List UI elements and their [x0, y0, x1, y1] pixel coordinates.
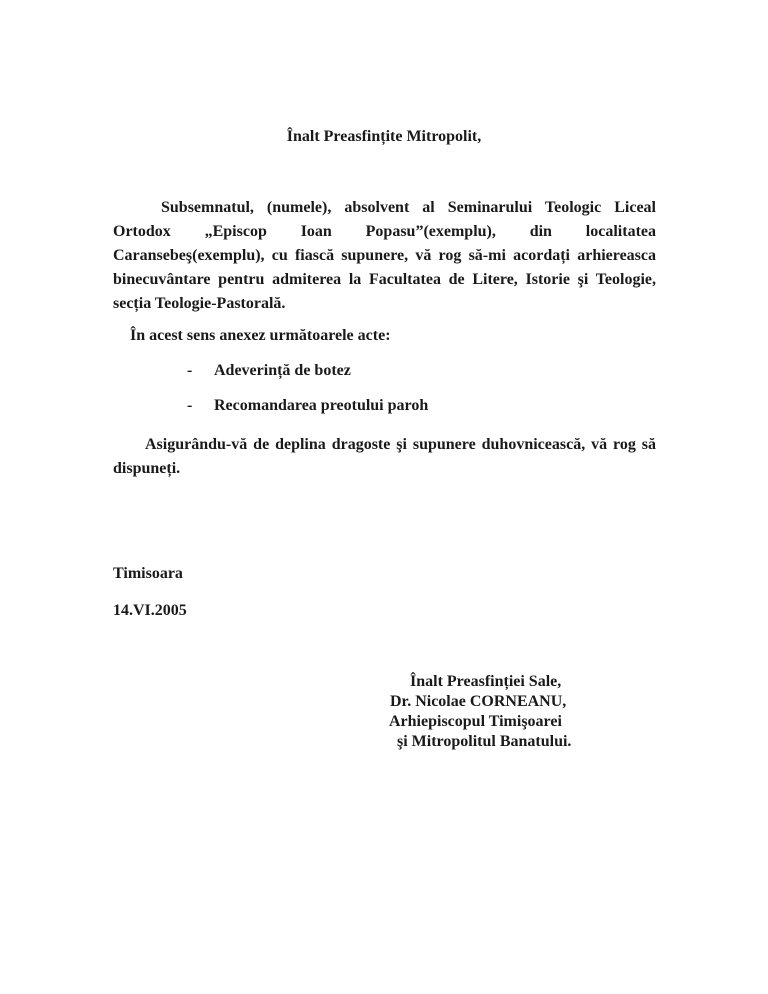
city: Timisoara — [113, 565, 183, 583]
list-dash-marker: - — [187, 362, 214, 380]
paragraph-line: Ortodox „Episcop Ioan Popasu”(exemplu), … — [113, 220, 656, 244]
paragraph-line: secția Teologie-Pastorală. — [113, 292, 656, 316]
document-page: Înalt Preasfințite Mitropolit, Subsemnat… — [0, 0, 768, 994]
request-paragraph: Subsemnatul, (numele), absolvent al Semi… — [113, 196, 656, 316]
paragraph-line: Caransebeş(exemplu), cu fiască supunere,… — [113, 244, 656, 268]
list-item-text: Adeverință de botez — [214, 362, 351, 379]
paragraph-line: binecuvântare pentru admiterea la Facult… — [113, 268, 656, 292]
list-dash-marker: - — [187, 397, 214, 415]
paragraph-line: Subsemnatul, (numele), absolvent al Semi… — [113, 196, 656, 220]
paragraph-line: Asigurându-vă de deplina dragoste şi sup… — [113, 433, 656, 457]
addressee-line: Arhiepiscopul Timişoarei — [389, 712, 562, 732]
annex-list-item: -Recomandarea preotului paroh — [187, 397, 428, 415]
closing-paragraph: Asigurându-vă de deplina dragoste şi sup… — [113, 433, 656, 481]
list-item-text: Recomandarea preotului paroh — [214, 397, 428, 414]
salutation: Înalt Preasfințite Mitropolit, — [0, 128, 768, 146]
annex-intro: În acest sens anexez următoarele acte: — [130, 327, 391, 345]
paragraph-line: dispuneți. — [113, 457, 656, 481]
addressee-line: Înalt Preasfinției Sale, — [410, 672, 561, 692]
addressee-line: Dr. Nicolae CORNEANU, — [390, 692, 566, 712]
addressee-line: şi Mitropolitul Banatului. — [397, 732, 571, 752]
date: 14.VI.2005 — [113, 602, 187, 620]
annex-list-item: -Adeverință de botez — [187, 362, 351, 380]
